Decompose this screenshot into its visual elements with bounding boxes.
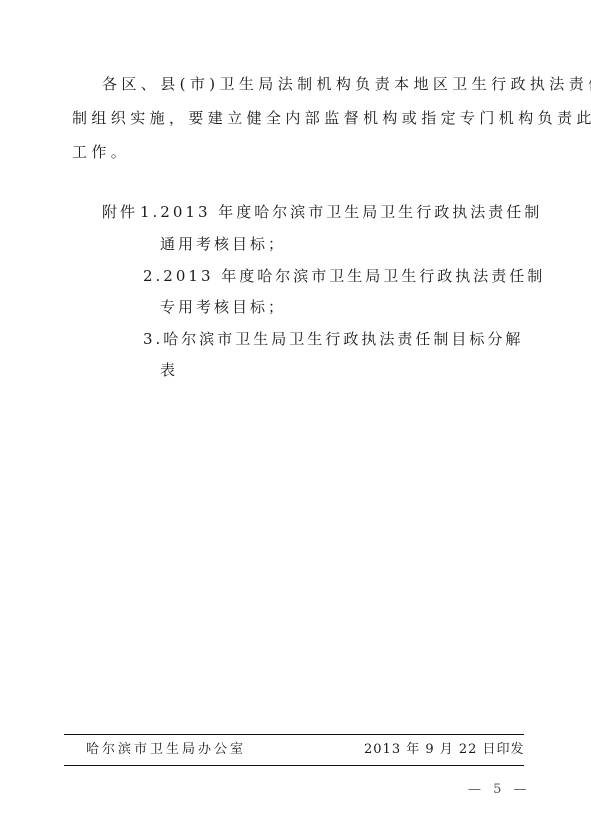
attachment-3-line-2: 表 (160, 360, 178, 380)
attachment-1-line-1: 1.2013 年度哈尔滨市卫生局卫生行政执法责任制 (140, 202, 542, 222)
attachment-3-line-1: 3.哈尔滨市卫生局卫生行政执法责任制目标分解 (143, 329, 523, 349)
footer-bottom-rule (64, 765, 524, 766)
attachment-1-line-2: 通用考核目标； (160, 234, 286, 254)
footer-top-rule (64, 734, 524, 735)
page-number: — 5 — (468, 782, 531, 797)
attachment-2-line-1: 2.2013 年度哈尔滨市卫生局卫生行政执法责任制 (143, 266, 545, 286)
attachment-2-line-2: 专用考核目标； (160, 297, 286, 317)
paragraph-line-1: 各区、县(市)卫生局法制机构负责本地区卫生行政执法责任 (102, 74, 591, 94)
footer-date: 2013 年 9 月 22 日印发 (364, 741, 525, 759)
footer-issuer: 哈尔滨市卫生局办公室 (86, 741, 246, 759)
attachments-label: 附件 (102, 202, 138, 222)
paragraph-line-3: 工作。 (72, 142, 130, 162)
paragraph-line-2: 制组织实施，要建立健全内部监督机构或指定专门机构负责此项 (72, 108, 591, 128)
